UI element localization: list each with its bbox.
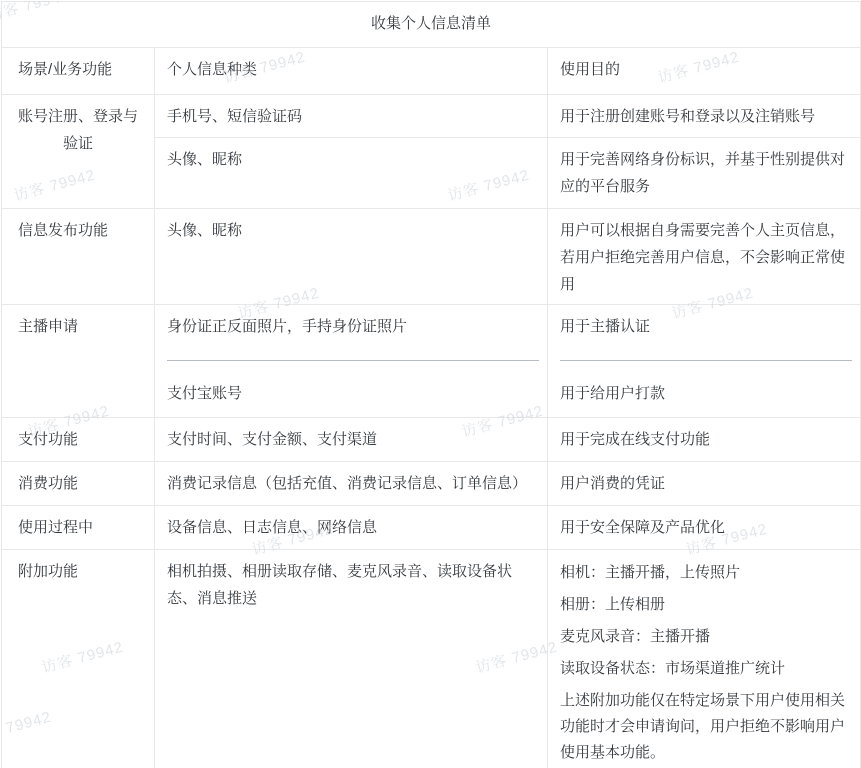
table-row: 信息发布功能 头像、昵称 用户可以根据自身需要完善个人主页信息，若用户拒绝完善用… — [2, 209, 861, 305]
table-row: 主播申请 身份证正反面照片，手持身份证照片 支付宝账号 用于主播认证 用于给用户… — [2, 305, 861, 418]
cell-types: 消费记录信息（包括充值、消费记录信息、订单信息） — [155, 462, 548, 506]
cell-types: 头像、昵称 — [155, 138, 548, 209]
cell-purpose: 相机：主播开播，上传照片 相册：上传相册 麦克风录音：主播开播 读取设备状态：市… — [548, 550, 861, 768]
personal-info-collection-table: 收集个人信息清单 场景/业务功能 个人信息种类 使用目的 账号注册、登录与验证 … — [1, 1, 861, 768]
cell-types: 设备信息、日志信息、网络信息 — [155, 506, 548, 550]
types-entry: 支付宝账号 — [167, 380, 535, 407]
cell-types: 手机号、短信验证码 — [155, 95, 548, 138]
cell-types: 支付时间、支付金额、支付渠道 — [155, 418, 548, 462]
purpose-item-device-state: 读取设备状态：市场渠道推广统计 — [560, 656, 848, 682]
purpose-item-microphone: 麦克风录音：主播开播 — [560, 624, 848, 650]
cell-scenario-during-use: 使用过程中 — [2, 506, 155, 550]
header-scenario: 场景/业务功能 — [2, 48, 155, 95]
cell-scenario-additional: 附加功能 — [2, 550, 155, 768]
divider-line — [560, 360, 852, 361]
purpose-item-camera: 相机：主播开播，上传照片 — [560, 560, 848, 586]
cell-purpose: 用户可以根据自身需要完善个人主页信息，若用户拒绝完善用户信息，不会影响正常使用 — [548, 209, 861, 305]
table-title: 收集个人信息清单 — [2, 2, 861, 48]
cell-purpose: 用户消费的凭证 — [548, 462, 861, 506]
cell-types: 身份证正反面照片，手持身份证照片 支付宝账号 — [155, 305, 548, 418]
table-row: 使用过程中 设备信息、日志信息、网络信息 用于安全保障及产品优化 — [2, 506, 861, 550]
page: 收集个人信息清单 场景/业务功能 个人信息种类 使用目的 账号注册、登录与验证 … — [0, 1, 861, 768]
cell-scenario-payment: 支付功能 — [2, 418, 155, 462]
purpose-entry: 用于主播认证 — [560, 313, 848, 340]
types-entry: 身份证正反面照片，手持身份证照片 — [167, 313, 535, 340]
cell-types: 相机拍摄、相册读取存储、麦克风录音、读取设备状态、消息推送 — [155, 550, 548, 768]
cell-purpose: 用于安全保障及产品优化 — [548, 506, 861, 550]
cell-purpose: 用于完成在线支付功能 — [548, 418, 861, 462]
cell-purpose: 用于注册创建账号和登录以及注销账号 — [548, 95, 861, 138]
cell-types: 头像、昵称 — [155, 209, 548, 305]
purpose-entry: 用于给用户打款 — [560, 380, 848, 407]
purpose-item-album: 相册：上传相册 — [560, 592, 848, 618]
cell-scenario-consumption: 消费功能 — [2, 462, 155, 506]
table-header-row: 场景/业务功能 个人信息种类 使用目的 — [2, 48, 861, 95]
table-row: 支付功能 支付时间、支付金额、支付渠道 用于完成在线支付功能 — [2, 418, 861, 462]
table-row: 附加功能 相机拍摄、相册读取存储、麦克风录音、读取设备状态、消息推送 相机：主播… — [2, 550, 861, 768]
cell-scenario-account: 账号注册、登录与验证 — [2, 95, 155, 209]
cell-purpose: 用于完善网络身份标识，并基于性别提供对应的平台服务 — [548, 138, 861, 209]
table-row: 账号注册、登录与验证 手机号、短信验证码 用于注册创建账号和登录以及注销账号 — [2, 95, 861, 138]
purpose-item-note: 上述附加功能仅在特定场景下用户使用相关功能时才会申请询问，用户拒绝不影响用户使用… — [560, 688, 848, 766]
header-info-types: 个人信息种类 — [155, 48, 548, 95]
table-row: 消费功能 消费记录信息（包括充值、消费记录信息、订单信息） 用户消费的凭证 — [2, 462, 861, 506]
header-purpose: 使用目的 — [548, 48, 861, 95]
divider-line — [167, 360, 539, 361]
cell-purpose: 用于主播认证 用于给用户打款 — [548, 305, 861, 418]
cell-scenario-streamer: 主播申请 — [2, 305, 155, 418]
table-title-row: 收集个人信息清单 — [2, 2, 861, 48]
cell-scenario-publishing: 信息发布功能 — [2, 209, 155, 305]
